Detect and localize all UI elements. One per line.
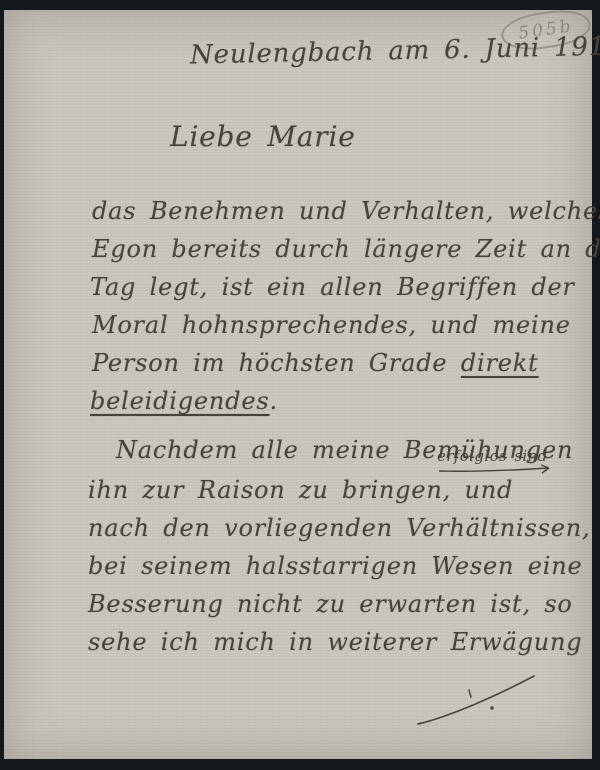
letter-line: nach den vorliegenden Verhältnissen, <box>88 512 590 544</box>
line-text: . <box>269 387 277 415</box>
letter-line: Tag legt, ist ein allen Begriffen der <box>90 271 575 303</box>
letter-line: bei seinem halsstarrigen Wesen eine <box>88 550 582 582</box>
salutation: Liebe Marie <box>170 120 356 153</box>
letter-line: beleidigendes. <box>90 385 278 417</box>
underlined-word: beleidigendes <box>90 387 269 415</box>
letter-page: 505b Neulengbach am 6. Juni 1910 Liebe M… <box>4 10 592 759</box>
place-date-line: Neulengbach am 6. Juni 1910 <box>190 31 600 70</box>
underlined-word: direkt <box>461 349 539 377</box>
letter-line: Moral hohnsprechendes, und meine <box>92 309 571 341</box>
line-text: Person im höchsten Grade <box>92 349 461 377</box>
letter-line: Person im höchsten Grade direkt <box>92 347 539 379</box>
insertion-text: erfolglos sind <box>437 447 548 465</box>
interline-insertion: erfolglos sind <box>437 449 557 475</box>
continuation-mark-icon <box>412 660 544 734</box>
letter-line: Besserung nicht zu erwarten ist, so <box>88 588 573 620</box>
letter-line: das Benehmen und Verhalten, welches <box>92 195 600 227</box>
line-text: ihn zur Raison zu bringen <box>88 476 443 504</box>
letter-line: Egon bereits durch längere Zeit an den <box>92 233 600 265</box>
letter-line: ihn zur Raison zu bringen, und <box>88 474 513 506</box>
letter-line: sehe ich mich in weiterer Erwägung <box>88 626 582 658</box>
line-text: , und <box>443 476 514 504</box>
